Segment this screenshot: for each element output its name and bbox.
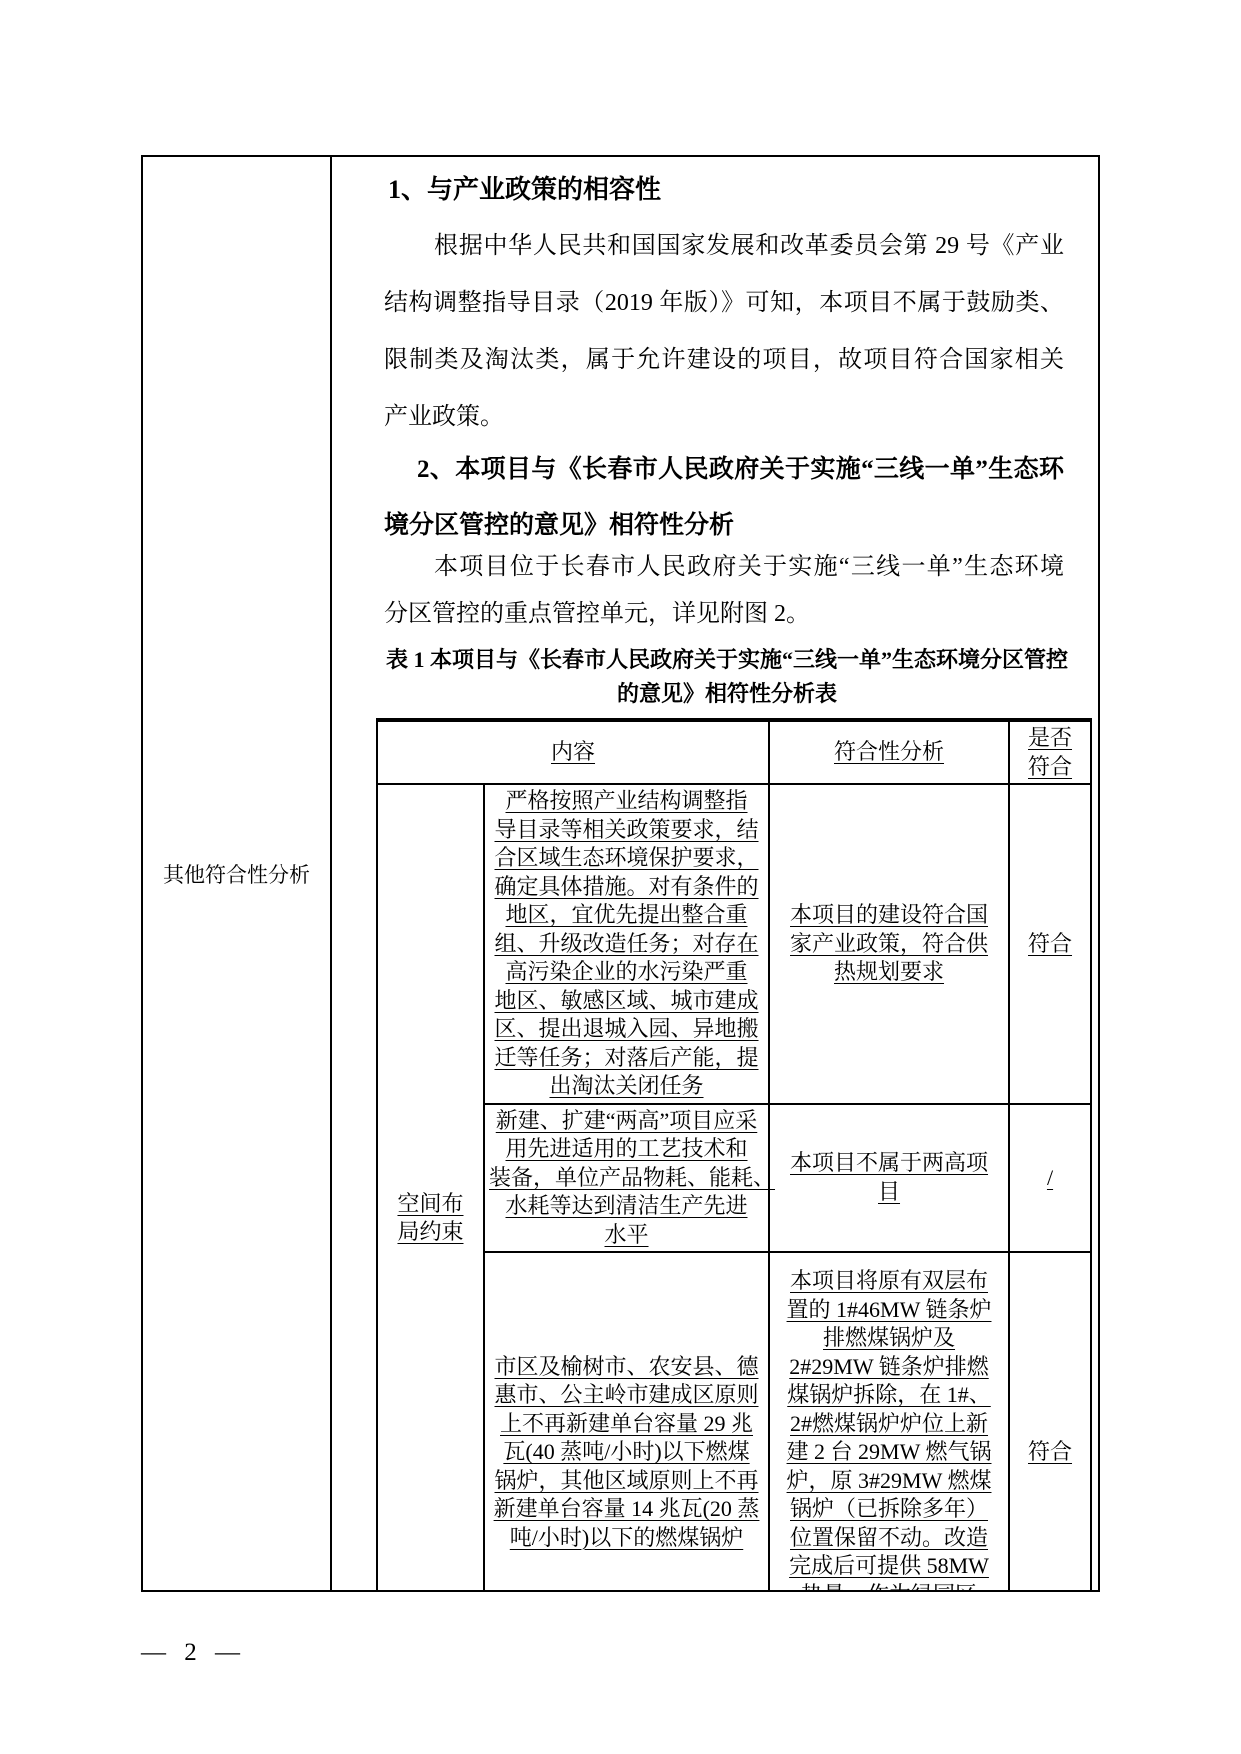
header-analysis-label: 符合性分析 [774, 738, 1004, 767]
outer-row-label-cell: 其他符合性分析 [143, 157, 332, 1590]
row2-content-cell: 新建、扩建“两高”项目应采用先进适用的工艺技术和装备，单位产品物耗、能耗、水耗等… [484, 1104, 769, 1253]
row2-analysis-cell: 本项目不属于两高项目 [769, 1104, 1009, 1253]
page-number: — 2 — [141, 1638, 240, 1668]
outer-row-label: 其他符合性分析 [163, 859, 310, 889]
row-group-label-cell: 空间布局约束 [377, 784, 484, 1590]
paragraph-control-unit: 本项目位于长春市人民政府关于实施“三线一单”生态环境分区管控的重点管控单元，详见… [384, 544, 1064, 638]
paragraph-industrial-policy: 根据中华人民共和国国家发展和改革委员会第 29 号《产业结构调整指导目录（201… [384, 218, 1064, 446]
row1-result: 符合 [1014, 930, 1086, 959]
compliance-table: 内容 符合性分析 是否符合 空间布局约束 严格按照产业结构调整指导目录等相关政策… [376, 718, 1092, 1590]
row2-result-cell: / [1009, 1104, 1091, 1253]
section-heading-1: 1、与产业政策的相容性 [384, 168, 1064, 212]
row3-analysis-cell: 本项目将原有双层布置的 1#46MW 链条炉排燃煤锅炉及2#29MW 链条炉排燃… [769, 1252, 1009, 1590]
table-header-row: 内容 符合性分析 是否符合 [377, 720, 1091, 784]
section-heading-2: 2、本项目与《长春市人民政府关于实施“三线一单”生态环境分区管控的意见》相符性分… [384, 442, 1064, 554]
row3-content-cell: 市区及榆树市、农安县、德惠市、公主岭市建成区原则上不再新建单台容量 29 兆瓦(… [484, 1252, 769, 1590]
header-content-label: 内容 [382, 738, 764, 767]
document-page: 其他符合性分析 1、与产业政策的相容性 根据中华人民共和国国家发展和改革委员会第… [0, 0, 1241, 1754]
row2-result: / [1014, 1164, 1086, 1193]
row1-content-cell: 严格按照产业结构调整指导目录等相关政策要求，结合区域生态环境保护要求，确定具体措… [484, 784, 769, 1104]
row1-analysis-cell: 本项目的建设符合国家产业政策，符合供热规划要求 [769, 784, 1009, 1104]
table-row: 市区及榆树市、农安县、德惠市、公主岭市建成区原则上不再新建单台容量 29 兆瓦(… [377, 1252, 1091, 1590]
row1-result-cell: 符合 [1009, 784, 1091, 1104]
table-row: 空间布局约束 严格按照产业结构调整指导目录等相关政策要求，结合区域生态环境保护要… [377, 784, 1091, 1104]
header-cell-analysis: 符合性分析 [769, 720, 1009, 784]
document-content-cell: 1、与产业政策的相容性 根据中华人民共和国国家发展和改革委员会第 29 号《产业… [332, 157, 1098, 1590]
row3-result-cell: 符合 [1009, 1252, 1091, 1590]
header-cell-content: 内容 [377, 720, 769, 784]
header-cell-result: 是否符合 [1009, 720, 1091, 784]
row3-result: 符合 [1014, 1438, 1086, 1467]
table-row: 新建、扩建“两高”项目应采用先进适用的工艺技术和装备，单位产品物耗、能耗、水耗等… [377, 1104, 1091, 1253]
document-outer-table: 其他符合性分析 1、与产业政策的相容性 根据中华人民共和国国家发展和改革委员会第… [141, 155, 1100, 1592]
table-caption: 表 1 本项目与《长春市人民政府关于实施“三线一单”生态环境分区管控的意见》相符… [382, 643, 1072, 711]
